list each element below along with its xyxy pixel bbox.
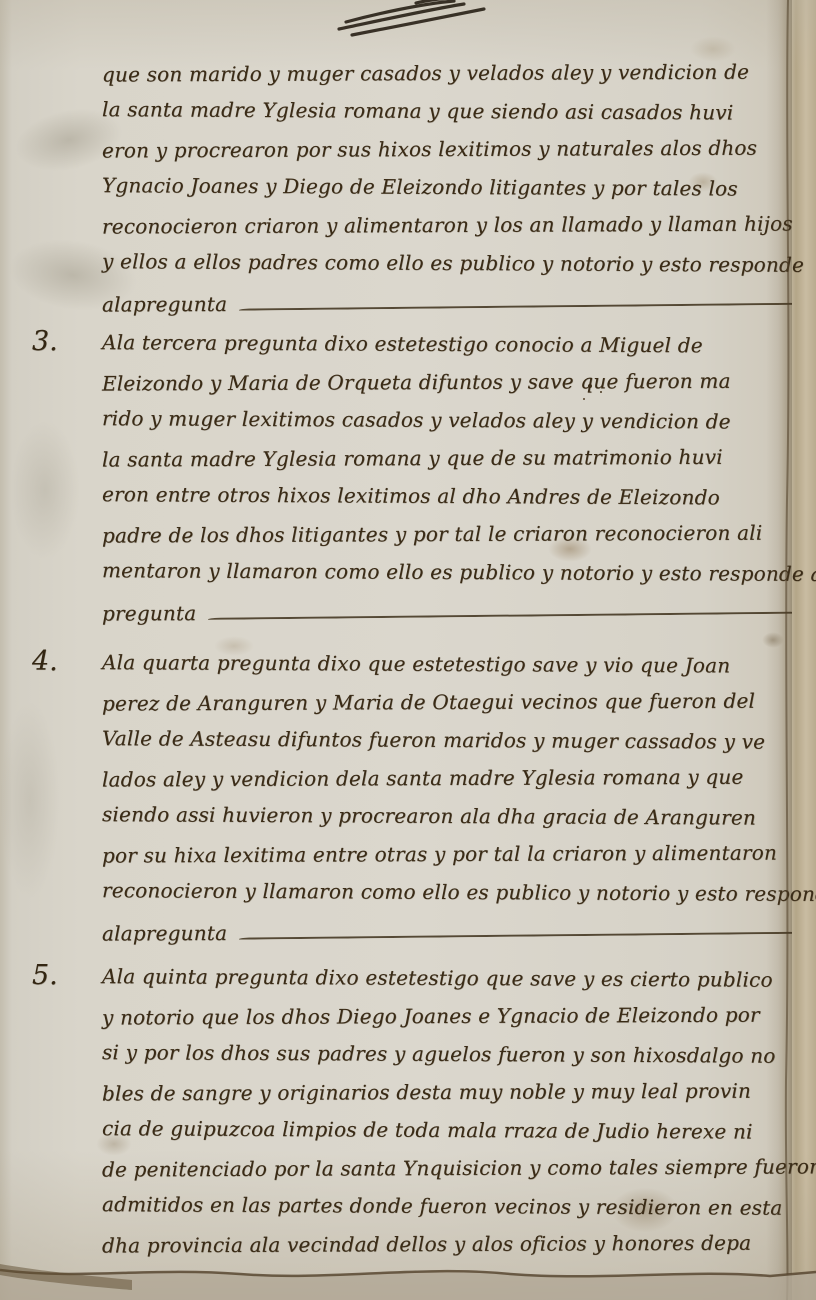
manuscript-paragraph: 4.Ala quarta pregunta dixo que estetesti… — [102, 646, 798, 950]
flourish-rule — [208, 608, 792, 620]
manuscript-line: reconocieron y llamaron como ello es pub… — [102, 872, 798, 914]
manuscript-line-text: bles de sangre y originarios desta muy n… — [102, 1079, 751, 1106]
manuscript-line-text: mentaron y llamaron como ello es publico… — [102, 558, 816, 586]
manuscript-line: Ala tercera pregunta dixo estetestigo co… — [102, 324, 798, 366]
manuscript-line-text: alapregunta — [102, 915, 227, 952]
manuscript-line-text: Valle de Asteasu difuntos fueron maridos… — [102, 726, 765, 753]
manuscript-line: rido y muger lexitimos casados y velados… — [102, 400, 798, 442]
manuscript-line-text: cia de guipuzcoa limpios de toda mala rr… — [102, 1116, 753, 1143]
page-fold-crease — [781, 0, 795, 1300]
manuscript-line: pregunta — [102, 590, 798, 631]
manuscript-line: por su hixa lexitima entre otras y por t… — [102, 834, 798, 875]
manuscript-line: Valle de Asteasu difuntos fueron maridos… — [102, 720, 798, 762]
manuscript-page: que son marido y muger casados y velados… — [0, 0, 816, 1300]
manuscript-line-text: alapregunta — [102, 286, 227, 323]
manuscript-line-text: la santa madre Yglesia romana y que sien… — [102, 97, 734, 124]
manuscript-line-text: reconocieron y llamaron como ello es pub… — [102, 878, 816, 906]
manuscript-line-text: si y por los dhos sus padres y aguelos f… — [102, 1040, 776, 1068]
manuscript-line-text: de penitenciado por la santa Ynquisicion… — [102, 1154, 816, 1181]
manuscript-line: Ala quarta pregunta dixo que estetestigo… — [102, 644, 798, 686]
manuscript-line: admitidos en las partes donde fueron vec… — [102, 1186, 798, 1228]
manuscript-line-text: por su hixa lexitima entre otras y por t… — [102, 841, 777, 868]
manuscript-line-text: la santa madre Yglesia romana y que de s… — [102, 445, 723, 472]
manuscript-line-text: eron entre otros hixos lexitimos al dho … — [102, 482, 720, 509]
manuscript-line-text: reconocieron criaron y alimentaron y los… — [102, 212, 793, 239]
manuscript-line: bles de sangre y originarios desta muy n… — [102, 1072, 798, 1113]
manuscript-line: Ygnacio Joanes y Diego de Eleizondo liti… — [102, 167, 798, 209]
manuscript-line: Ala quinta pregunta dixo estetestigo que… — [102, 958, 798, 1000]
manuscript-line-text: Ala tercera pregunta dixo estetestigo co… — [102, 330, 703, 357]
page-bottom-edge — [0, 1250, 816, 1300]
manuscript-line-text: Ala quarta pregunta dixo que estetestigo… — [102, 650, 730, 677]
manuscript-line-text: eron y procrearon por sus hixos lexitimo… — [102, 136, 757, 163]
manuscript-line: perez de Aranguren y Maria de Otaegui ve… — [102, 682, 798, 723]
manuscript-paragraph: 3.Ala tercera pregunta dixo estetestigo … — [102, 326, 798, 630]
manuscript-line-text: Ygnacio Joanes y Diego de Eleizondo liti… — [102, 173, 738, 200]
manuscript-line-text: Eleizondo y Maria de Orqueta difuntos y … — [102, 369, 731, 396]
manuscript-line: y notorio que los dhos Diego Joanes e Yg… — [102, 996, 798, 1037]
manuscript-line: reconocieron criaron y alimentaron y los… — [102, 205, 798, 246]
bleedthrough-smudge — [0, 700, 60, 900]
flourish-rule — [239, 299, 792, 311]
paragraph-number: 4. — [32, 646, 58, 677]
manuscript-line-text: padre de los dhos litigantes y por tal l… — [102, 521, 763, 548]
manuscript-line: y ellos a ellos padres como ello es publ… — [102, 243, 798, 285]
paragraph-number: 3. — [32, 326, 58, 357]
flourish-rule — [239, 928, 792, 940]
ink-scribble-mark — [332, 0, 502, 40]
manuscript-line-text: Ala quinta pregunta dixo estetestigo que… — [102, 964, 773, 992]
manuscript-line: la santa madre Yglesia romana y que de s… — [102, 438, 798, 479]
manuscript-line: si y por los dhos sus padres y aguelos f… — [102, 1034, 798, 1076]
manuscript-line-text: lados aley y vendicion dela santa madre … — [102, 765, 744, 792]
manuscript-paragraph: 5.Ala quinta pregunta dixo estetestigo q… — [102, 960, 798, 1264]
manuscript-line-text: y ellos a ellos padres como ello es publ… — [102, 249, 804, 277]
bleedthrough-smudge — [10, 420, 80, 560]
manuscript-line-text: que son marido y muger casados y velados… — [102, 60, 749, 87]
manuscript-line: lados aley y vendicion dela santa madre … — [102, 758, 798, 799]
manuscript-line: cia de guipuzcoa limpios de toda mala rr… — [102, 1110, 798, 1152]
manuscript-line: alapregunta — [102, 910, 798, 951]
manuscript-line: eron y procrearon por sus hixos lexitimo… — [102, 129, 798, 170]
manuscript-paragraph: que son marido y muger casados y velados… — [102, 55, 798, 321]
manuscript-line-text: perez de Aranguren y Maria de Otaegui ve… — [102, 689, 755, 716]
manuscript-line-text: rido y muger lexitimos casados y velados… — [102, 406, 731, 433]
manuscript-line: padre de los dhos litigantes y por tal l… — [102, 514, 798, 555]
manuscript-line: eron entre otros hixos lexitimos al dho … — [102, 476, 798, 518]
manuscript-line-text: y notorio que los dhos Diego Joanes e Yg… — [102, 1003, 760, 1030]
manuscript-line: que son marido y muger casados y velados… — [102, 53, 798, 94]
paragraph-number: 5. — [32, 960, 58, 991]
manuscript-line: Eleizondo y Maria de Orqueta difuntos y … — [102, 362, 798, 403]
manuscript-line-text: siendo assi huvieron y procrearon ala dh… — [102, 802, 756, 829]
manuscript-line: siendo assi huvieron y procrearon ala dh… — [102, 796, 798, 838]
manuscript-line-text: pregunta — [102, 595, 196, 631]
manuscript-line: de penitenciado por la santa Ynquisicion… — [102, 1148, 798, 1189]
manuscript-line: alapregunta — [102, 281, 798, 322]
manuscript-line: mentaron y llamaron como ello es publico… — [102, 552, 798, 594]
manuscript-line: la santa madre Yglesia romana y que sien… — [102, 91, 798, 133]
manuscript-line-text: admitidos en las partes donde fueron vec… — [102, 1192, 783, 1220]
